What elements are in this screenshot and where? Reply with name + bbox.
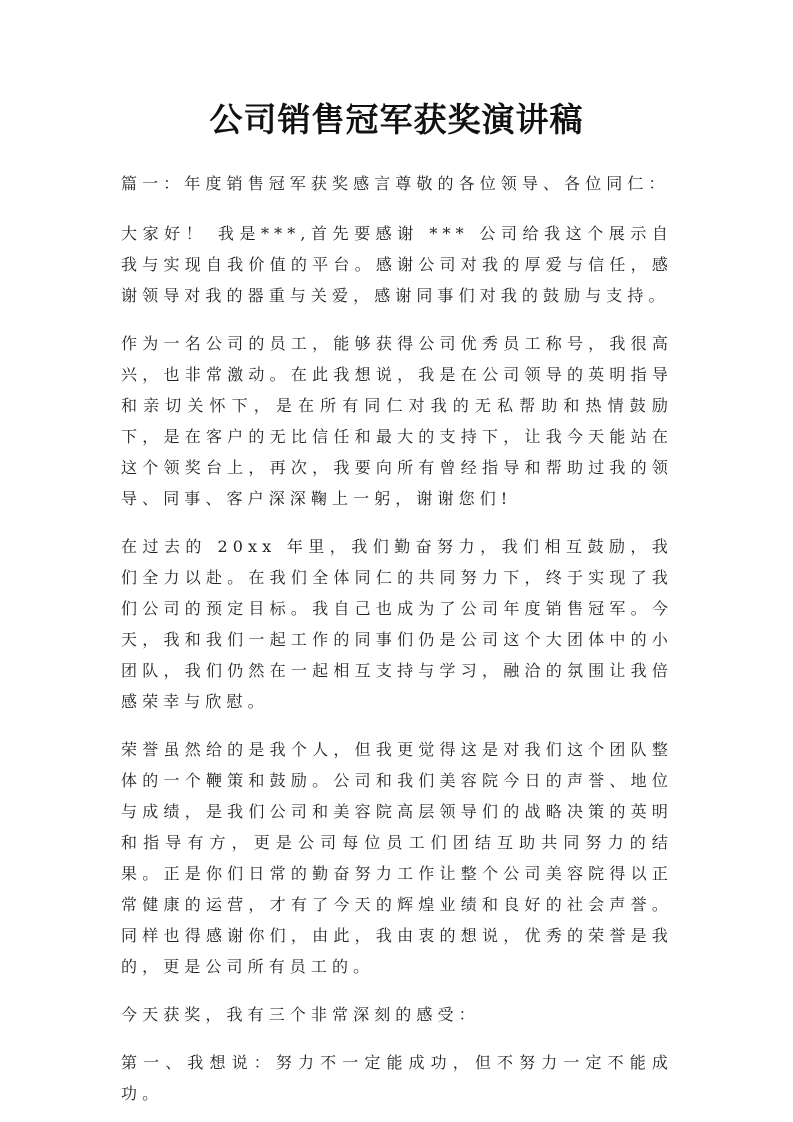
- paragraph-past-year: 在过去的 20xx 年里，我们勤奋努力，我们相互鼓励，我们全力以赴。在我们全体同…: [121, 531, 673, 717]
- document-title: 公司销售冠军获奖演讲稿: [0, 98, 793, 142]
- document-body: 篇一：年度销售冠军获奖感言尊敬的各位领导、各位同仁： 大家好！ 我是***,首先…: [121, 168, 673, 1122]
- document-page: 公司销售冠军获奖演讲稿 篇一：年度销售冠军获奖感言尊敬的各位领导、各位同仁： 大…: [0, 0, 793, 1122]
- paragraph-gratitude: 作为一名公司的员工，能够获得公司优秀员工称号，我很高兴，也非常激动。在此我想说，…: [121, 328, 673, 514]
- paragraph-greeting: 大家好！ 我是***,首先要感谢 *** 公司给我这个展示自我与实现自我价值的平…: [121, 218, 673, 311]
- paragraph-feelings-intro: 今天获奖，我有三个非常深刻的感受：: [121, 999, 673, 1030]
- section-heading: 篇一：年度销售冠军获奖感言尊敬的各位领导、各位同仁：: [121, 168, 673, 199]
- paragraph-first-feeling: 第一、我想说：努力不一定能成功，但不努力一定不能成功。: [121, 1047, 673, 1109]
- paragraph-honor: 荣誉虽然给的是我个人，但我更觉得这是对我们这个团队整体的一个鞭策和鼓励。公司和我…: [121, 734, 673, 982]
